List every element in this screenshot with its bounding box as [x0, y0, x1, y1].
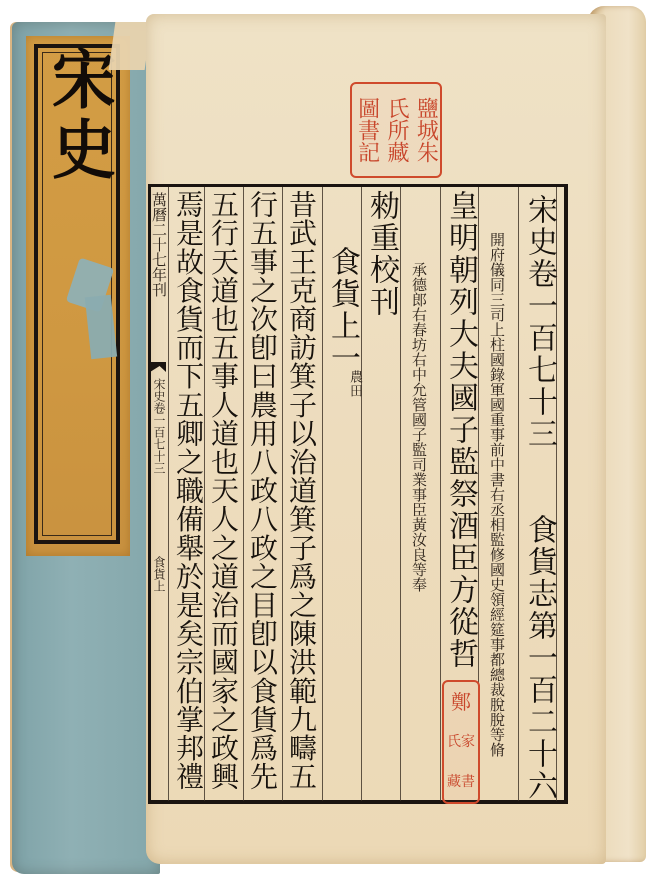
fishtail-label: 宋史卷一百七十三: [151, 378, 166, 474]
text-column-9: 五行天道也五事人道也天人之道治而國家之政興: [205, 190, 241, 791]
seal-glyph-3: 藏書: [447, 770, 475, 794]
column-rule: [168, 187, 169, 801]
text-column-8: 行五事之次卽曰農用八政八政之目卽以食貨爲先: [244, 190, 280, 791]
text-column-10: 焉是故食貨而下五卿之職備舉於是矣宗伯掌邦禮: [170, 190, 206, 791]
column-rule: [400, 187, 401, 801]
text-column-7: 昔武王克商訪箕子以治道箕子爲之陳洪範九疇五: [283, 190, 319, 791]
edition-note: 萬曆二十七年刊: [150, 192, 168, 297]
text-column-2: 開府儀同三司上柱國錄軍國重事前中書右丞相監修國史領經筵事都總裁脫脫等脩: [488, 232, 506, 757]
seal-glyph-2: 氏家: [447, 730, 475, 754]
column-rule: [518, 187, 519, 801]
text-column-6: 食貨上一: [323, 246, 361, 374]
text-column-6-note: 農田: [344, 370, 364, 398]
collector-seal-bottom: 鄭 氏家 藏書: [442, 680, 480, 804]
torn-patch-top: [109, 22, 152, 70]
text-column-3: 皇明朝列大夫國子監祭酒臣方從哲: [441, 190, 479, 670]
collector-seal-top: 圖書記 氏所藏 鹽城朱: [350, 82, 442, 178]
seal-glyph-col-1: 鹽城朱: [411, 97, 439, 163]
text-column-4: 承德郎右春坊右中允管國子監司業事臣黃汝良等奉: [410, 262, 428, 592]
seal-glyph-col-3: 圖書記: [353, 97, 381, 163]
seal-glyph-col-2: 氏所藏: [382, 97, 410, 163]
seal-glyph-1: 鄭: [451, 690, 471, 714]
section-label: 食貨上: [151, 556, 166, 592]
text-column-1: 宋史卷一百七十三 食貨志第一百二十六: [520, 194, 558, 802]
text-column-5: 勑重校刊: [362, 190, 400, 318]
cover-title: 宋史: [38, 46, 118, 186]
